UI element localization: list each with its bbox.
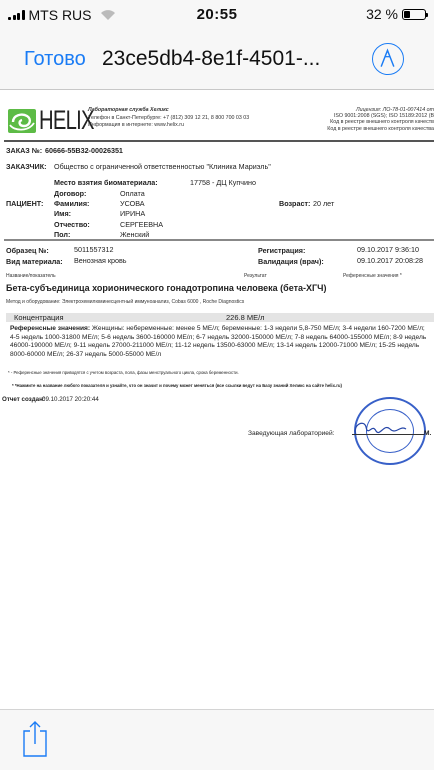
license-info: Лицензия: ЛО-78-01-007414 от ISO 9001:20… bbox=[327, 107, 434, 132]
reference-values: Референсные значения: Женщины: неберемен… bbox=[10, 325, 430, 359]
signature-icon bbox=[350, 417, 420, 441]
document-title: 23ce5db4-8e1f-4501-... bbox=[102, 47, 320, 71]
bottom-toolbar bbox=[0, 709, 434, 770]
battery-icon bbox=[402, 9, 426, 20]
test-name-link[interactable]: Бета-субъединица хорионического гонадотр… bbox=[6, 283, 326, 293]
col-ref-header: Референсные значения * bbox=[343, 273, 402, 279]
report-created-label: Отчет создан: bbox=[2, 396, 45, 403]
sex-value: Женский bbox=[120, 230, 149, 239]
name-label: Имя: bbox=[54, 209, 71, 218]
sample-label: Образец №: bbox=[6, 246, 49, 255]
share-icon[interactable] bbox=[20, 720, 50, 758]
patient-label: ПАЦИЕНТ: bbox=[6, 199, 43, 208]
done-button[interactable]: Готово bbox=[24, 48, 86, 71]
sample-value: 5011557312 bbox=[74, 245, 113, 254]
result-value: 226.8 МЕ/л bbox=[226, 313, 265, 322]
name-value: ИРИНА bbox=[120, 209, 145, 218]
customer-value: Общество с ограниченной ответственностью… bbox=[54, 162, 271, 171]
col-name-header: Название/показатель bbox=[6, 273, 56, 279]
header-divider bbox=[4, 140, 434, 142]
site-value: 17758 - ДЦ Купчино bbox=[190, 178, 256, 187]
result-label: Концентрация bbox=[14, 313, 64, 322]
footnote-2: * *Нажмите на название любого показателя… bbox=[12, 383, 342, 388]
battery-percent: 32 % bbox=[366, 6, 398, 22]
registration-label: Регистрация: bbox=[258, 246, 305, 255]
markup-pen-icon bbox=[373, 44, 402, 73]
markup-button[interactable] bbox=[372, 43, 404, 75]
patient-divider bbox=[4, 239, 434, 241]
document-viewer[interactable]: HELIX Лабораторная служба Хеликс Телефон… bbox=[0, 91, 434, 689]
customer-label: ЗАКАЗЧИК: bbox=[6, 162, 47, 171]
validation-label: Валидация (врач): bbox=[258, 257, 324, 266]
surname-value: УСОВА bbox=[120, 199, 145, 208]
order-label: ЗАКАЗ №: bbox=[6, 146, 42, 155]
patronymic-value: СЕРГЕЕВНА bbox=[120, 220, 163, 229]
surname-label: Фамилия: bbox=[54, 199, 89, 208]
registration-value: 09.10.2017 9:36:10 bbox=[357, 245, 419, 254]
contract-label: Договор: bbox=[54, 189, 86, 198]
lab-header: HELIX Лабораторная служба Хеликс Телефон… bbox=[6, 105, 434, 135]
age-label: Возраст: bbox=[279, 199, 310, 208]
material-value: Венозная кровь bbox=[74, 256, 127, 265]
signature-line bbox=[352, 434, 424, 435]
validation-value: 09.10.2017 20:08:28 bbox=[357, 256, 423, 265]
signature-label: Заведующая лабораторией: bbox=[248, 430, 334, 437]
age-value: 20 лет bbox=[313, 199, 334, 208]
footnote-1: * - Референсные значения приводятся с уч… bbox=[8, 370, 239, 375]
status-bar: MTS RUS 20:55 32 % bbox=[0, 0, 434, 30]
patronymic-label: Отчество: bbox=[54, 220, 90, 229]
signature-initials: М. bbox=[424, 430, 431, 437]
lab-contacts: Лабораторная служба Хеликс Телефон в Сан… bbox=[88, 107, 249, 130]
contract-value: Оплата bbox=[120, 189, 145, 198]
result-row: Концентрация 226.8 МЕ/л bbox=[6, 313, 434, 322]
helix-swirl-icon bbox=[8, 109, 36, 133]
order-number: 60666-55B32-00026351 bbox=[45, 146, 123, 155]
navigation-bar: Готово 23ce5db4-8e1f-4501-... bbox=[0, 30, 434, 90]
report-created-value: 09.10.2017 20:20:44 bbox=[42, 396, 99, 403]
method-text: Метод и оборудование: Электрохемилюминес… bbox=[6, 299, 244, 305]
material-label: Вид материала: bbox=[6, 257, 63, 266]
col-result-header: Результат bbox=[244, 273, 267, 279]
site-label: Место взятия биоматериала: bbox=[54, 178, 158, 187]
sex-label: Пол: bbox=[54, 230, 70, 239]
